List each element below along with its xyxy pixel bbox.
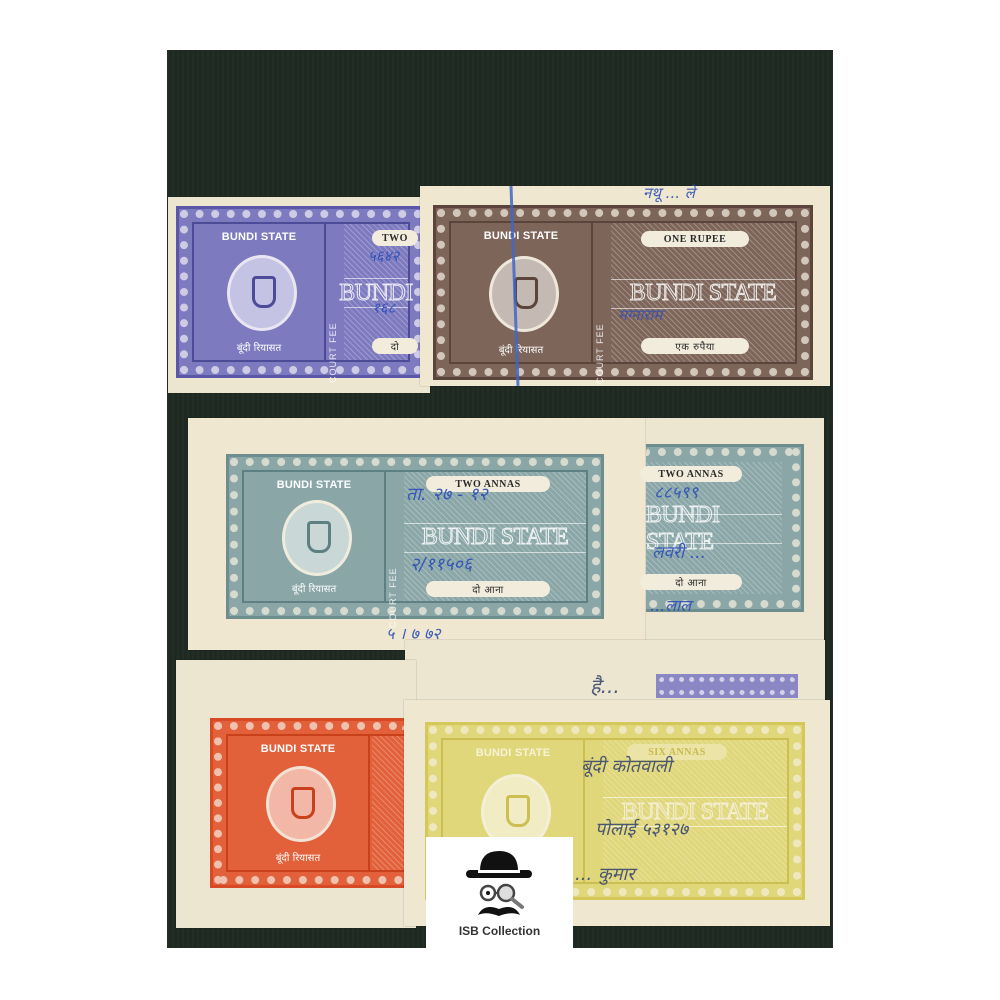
stamp-center-name: BUNDI STATE xyxy=(611,279,795,309)
manuscript-annotation: ... कुमार xyxy=(575,862,635,886)
stamp-value-label-local: एक रुपैया xyxy=(641,338,749,354)
manuscript-annotation: है... xyxy=(590,672,620,699)
manuscript-annotation: मग्नाराम xyxy=(618,305,662,325)
manuscript-annotation: ५६४२ xyxy=(368,246,399,266)
stamp-state-label: BUNDI STATE xyxy=(200,228,318,246)
stamp-value-label: TWO xyxy=(372,230,418,246)
stamp-state-label-local: बूंदी रियासत xyxy=(457,340,585,358)
manuscript-annotation: बूंदी कोतवाली xyxy=(581,754,672,778)
stamp-value-label: ONE RUPEE xyxy=(641,231,749,247)
manuscript-annotation: ८८५९९ xyxy=(654,480,698,503)
manuscript-annotation: १६८ xyxy=(372,298,395,318)
stamp-side-label: COURT FEE xyxy=(388,567,400,628)
stamp-state-label: BUNDI STATE xyxy=(234,740,362,758)
stamp-value-label-local: दो आना xyxy=(640,574,742,590)
stamp-violet: BUNDI STATE बूंदी रियासत COURT FEE TWO B… xyxy=(176,206,426,378)
stamp-state-label: BUNDI STATE xyxy=(250,476,378,494)
stamp-state-label-local: बूंदी रियासत xyxy=(234,848,362,866)
watermark-brand-label: ISB Collection xyxy=(426,924,573,938)
stamp-state-label: BUNDI STATE xyxy=(457,227,585,245)
stamp-value-label-local: दो आना xyxy=(426,581,550,597)
stamp-red: BUNDI STATE बूंदी रियासत xyxy=(210,718,406,888)
manuscript-annotation: लवरी ... xyxy=(652,540,706,563)
stamp-violet-fragment xyxy=(656,674,798,698)
manuscript-annotation: पोलाई ५३१२७ xyxy=(595,817,688,841)
detective-bowler-hat-glasses-mustache-icon xyxy=(426,837,573,927)
manuscript-annotation: ...लाल xyxy=(650,594,691,616)
manuscript-annotation: २/११५०६ xyxy=(410,552,472,576)
coat-of-arms-icon xyxy=(489,256,559,332)
isb-collection-watermark: ISB Collection xyxy=(426,837,573,950)
stamp-state-label-local: बूंदी रियासत xyxy=(200,338,318,356)
manuscript-annotation: नथू ... ले xyxy=(643,183,695,203)
stamp-state-label: BUNDI STATE xyxy=(449,744,577,762)
stamp-side-label: COURT FEE xyxy=(595,323,607,384)
stamp-brown: BUNDI STATE बूंदी रियासत COURT FEE ONE R… xyxy=(433,205,813,380)
stamp-greygreen-2: TWO ANNAS BUNDI STATE दो आना ८८५९९ लवरी … xyxy=(646,444,804,612)
stamp-greygreen-1: BUNDI STATE बूंदी रियासत COURT FEE TWO A… xyxy=(226,454,604,619)
coat-of-arms-icon xyxy=(266,766,336,842)
stamp-center-name: BUNDI STATE xyxy=(404,523,586,553)
stamp-side-label: COURT FEE xyxy=(328,322,340,383)
stamp-value-label-local: दो xyxy=(372,338,418,354)
manuscript-annotation: ता. २७ - १२ xyxy=(406,482,488,506)
coat-of-arms-icon xyxy=(282,500,352,576)
stamp-state-label-local: बूंदी रियासत xyxy=(250,579,378,597)
coat-of-arms-icon xyxy=(227,255,297,331)
